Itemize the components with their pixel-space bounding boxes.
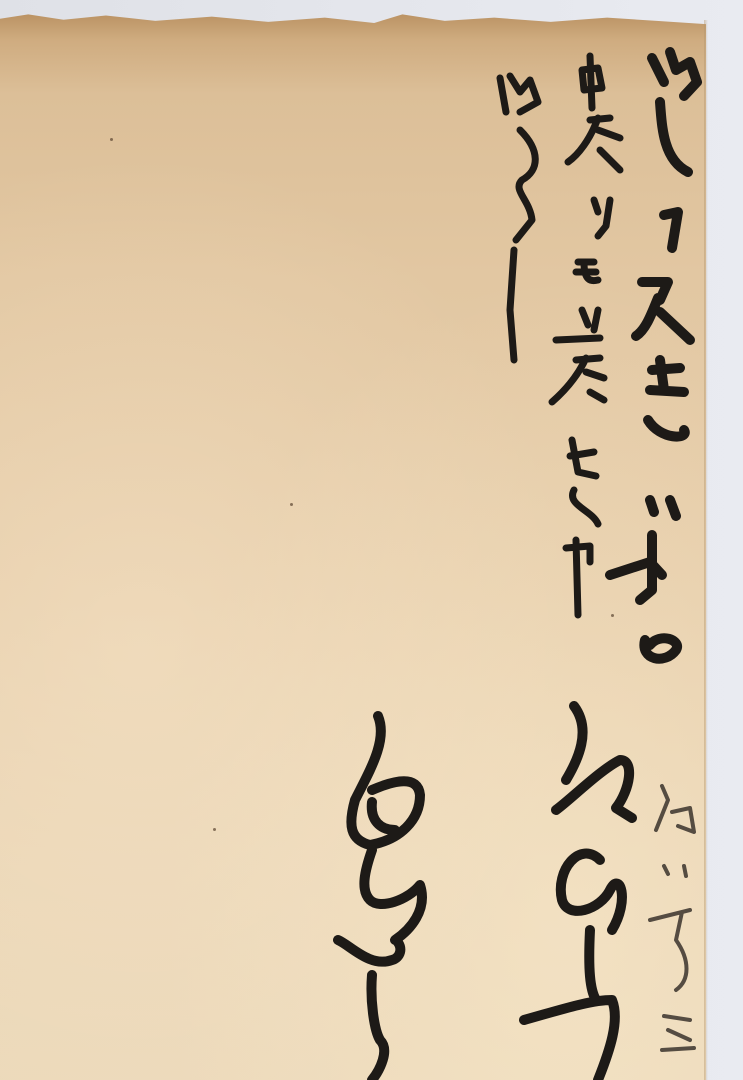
calligraphy-column-5 [524,706,632,1080]
calligraphy-ink-layer [0,0,743,1080]
calligraphy-column-2 [552,56,620,615]
calligraphy-column-4 [650,786,694,1050]
calligraphy-column-3 [500,76,538,360]
calligraphy-column-1 [610,52,697,659]
calligraphy-column-6 [338,716,422,1080]
